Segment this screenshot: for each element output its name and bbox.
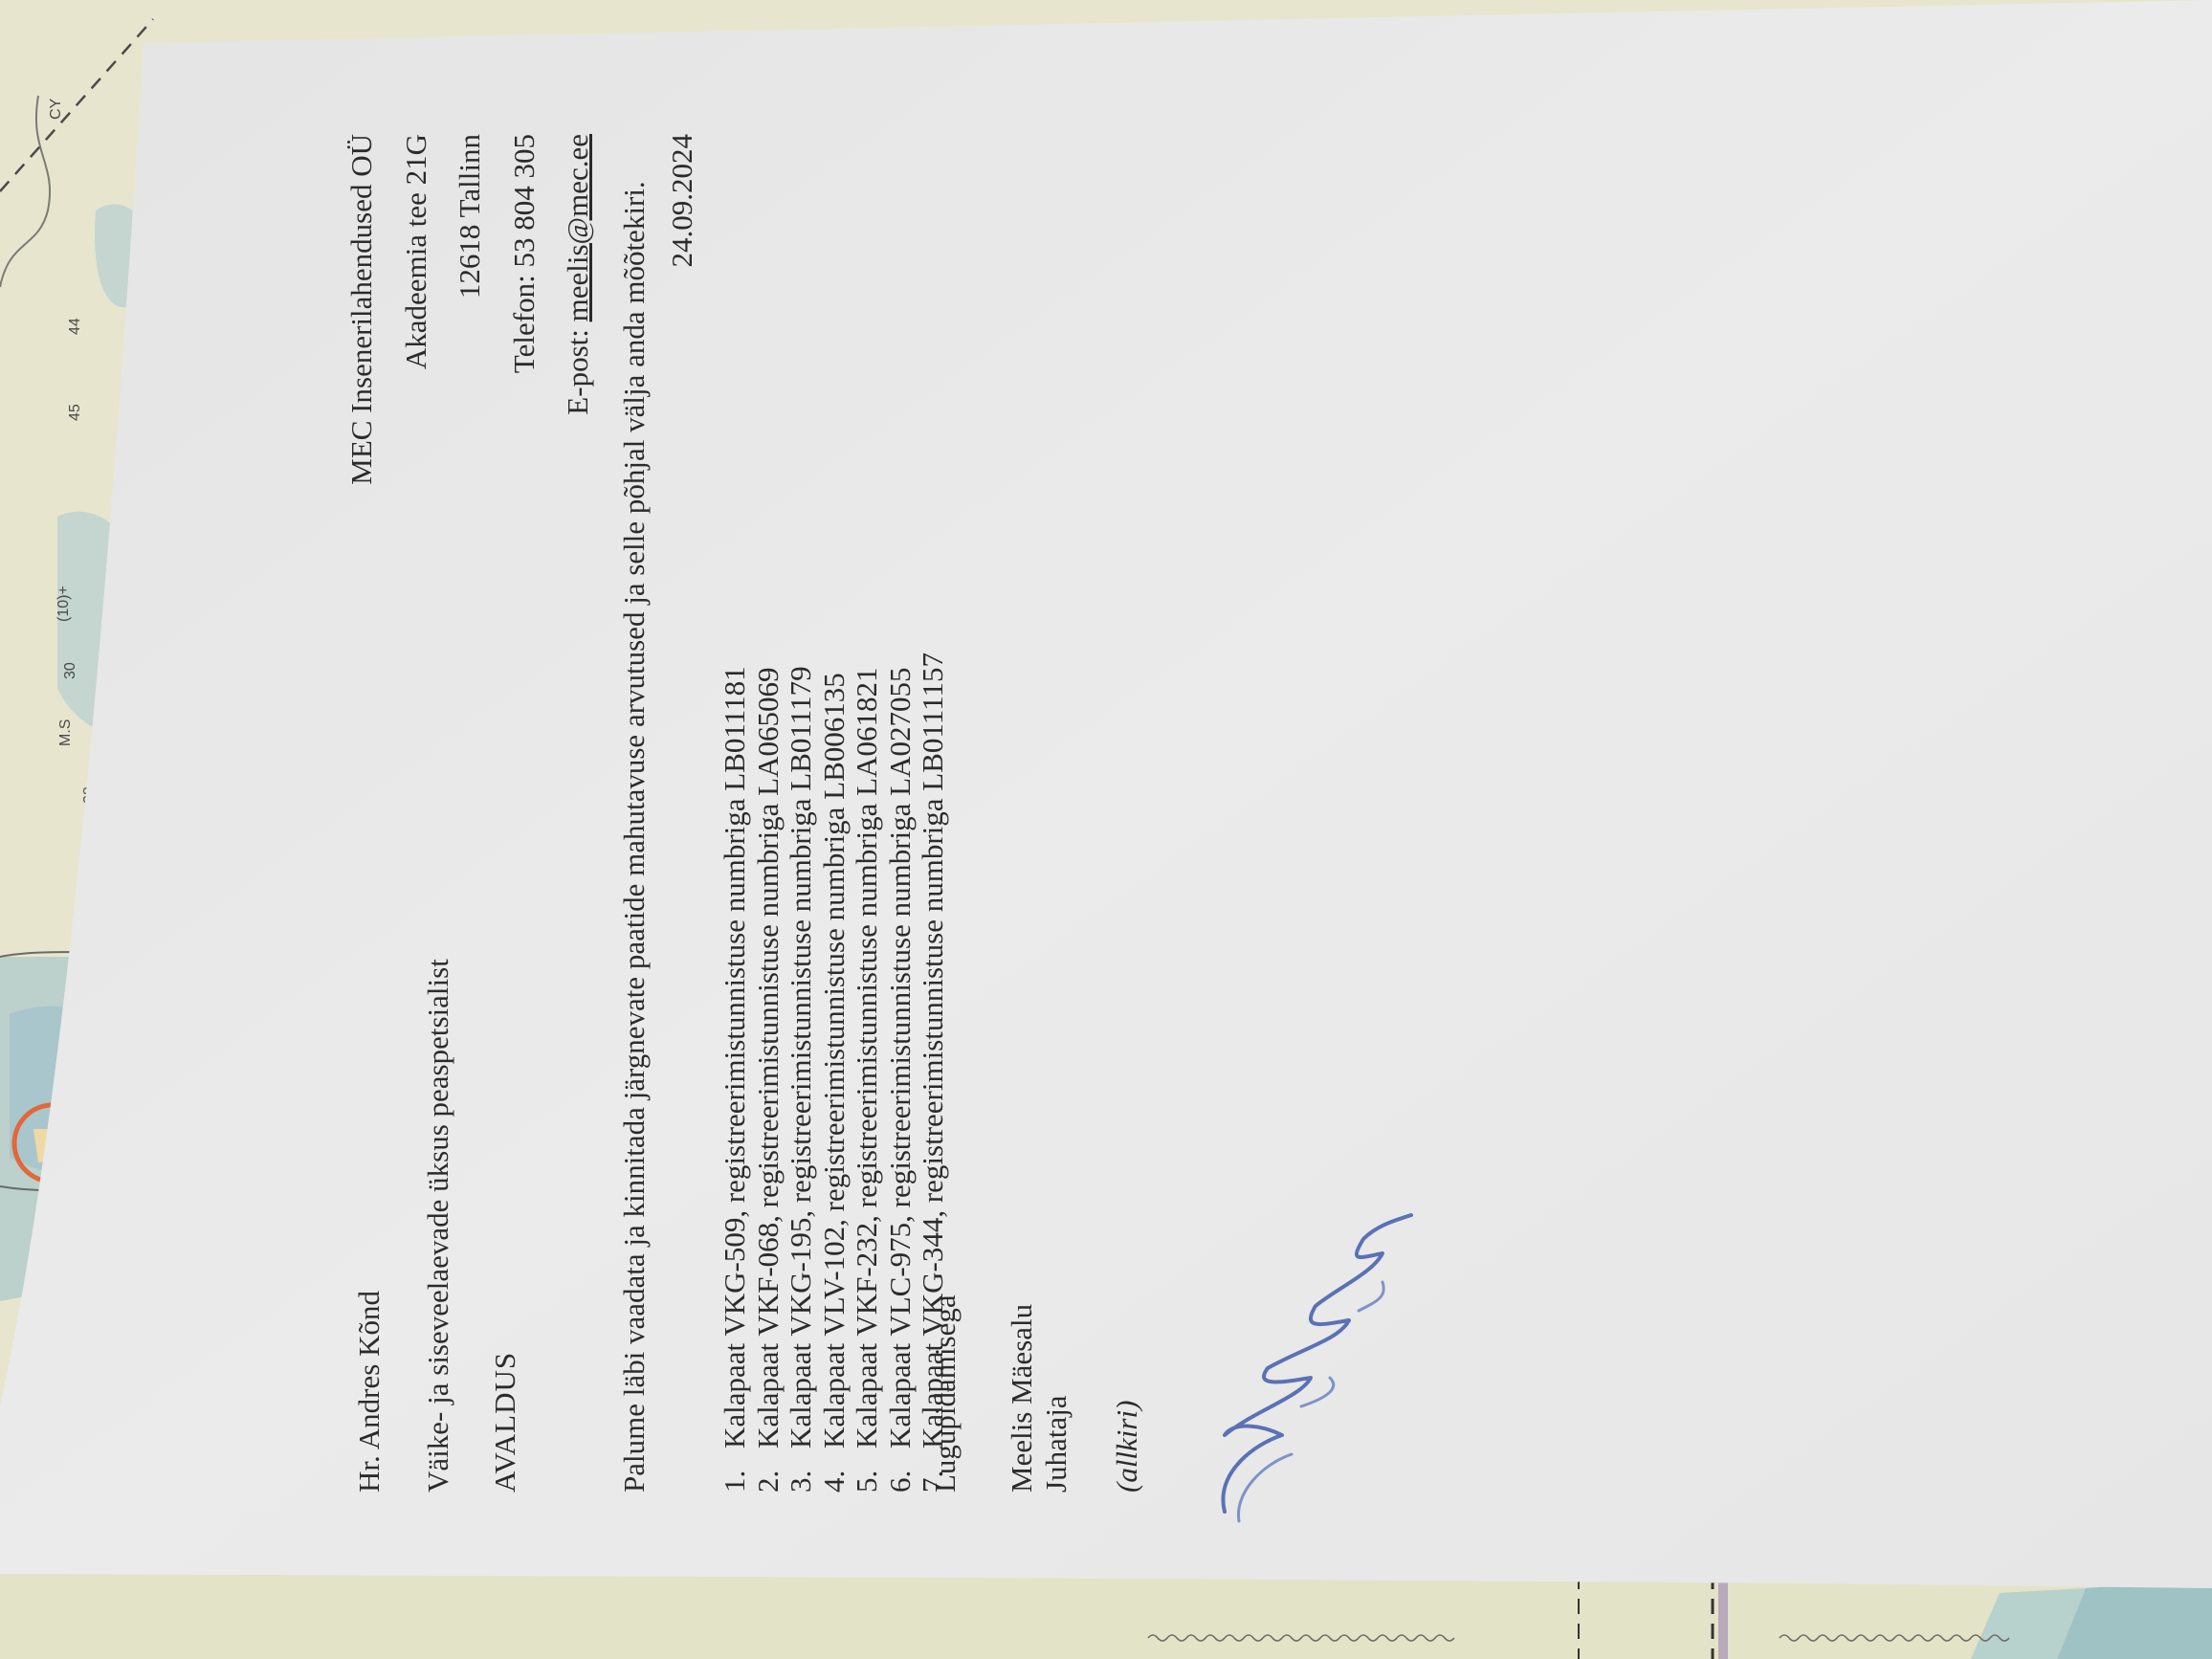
list-item-number: 3. [784,1449,817,1493]
list-item-number: 1. [718,1449,751,1493]
recipient-title: Väike- ja siseveelaevade üksus peaspetsi… [421,959,456,1493]
signer-role: Juhataja [1039,1395,1074,1493]
list-item-number: 6. [883,1449,917,1493]
signer-name: Meelis Mäesalu [1005,1304,1040,1493]
list-item: 3.Kalapaat VKG-195, registreerimistunnis… [784,653,817,1493]
list-item: 2.Kalapaat VKF-068, registreerimistunnis… [751,653,785,1493]
closing-phrase: Lugupidamisega [928,1294,963,1493]
chart-label: 45 [67,404,84,421]
list-item-text: Kalapaat VLV-102, registreerimistunnistu… [817,673,851,1449]
sender-email-line: E-post: meelis@mec.ee [561,134,596,536]
chart-label: (10)+ [55,586,73,622]
chart-label: M.S [57,719,75,746]
document-page: MEC Insenerilahendused OÜ Akadeemia tee … [344,134,1301,1493]
email-label: E-post: [561,321,594,414]
list-item-text: Kalapaat VKF-232, registreerimistunnistu… [850,668,883,1449]
list-item-text: Kalapaat VKF-068, registreerimistunnistu… [751,668,785,1449]
list-item: 1.Kalapaat VKG-509, registreerimistunnis… [718,653,751,1493]
list-item: 5.Kalapaat VKF-232, registreerimistunnis… [850,653,883,1493]
boat-list: 1.Kalapaat VKG-509, registreerimistunnis… [718,653,949,1493]
email-link[interactable]: meelis@mec.ee [561,134,594,321]
list-item-number: 5. [850,1449,883,1493]
body-paragraph: Palume läbi vaadata ja kinnitada järgnev… [617,144,653,1493]
document-date: 24.09.2024 [665,134,700,536]
chart-label: 30 [62,662,79,679]
handwritten-signature [1196,1206,1426,1531]
list-item-text: Kalapaat VKG-509, registreerimistunnistu… [718,666,751,1449]
list-item-text: Kalapaat VLC-975, registreerimistunnistu… [883,668,917,1449]
list-item: 6.Kalapaat VLC-975, registreerimistunnis… [883,653,917,1493]
document-title: AVALDUS [488,1352,523,1493]
list-item: 4.Kalapaat VLV-102, registreerimistunnis… [817,653,851,1493]
signature-label: (allkiri) [1110,1401,1145,1493]
list-item-number: 4. [817,1449,851,1493]
list-item-text: Kalapaat VKG-195, registreerimistunnistu… [784,666,817,1449]
chart-label: CY [48,99,65,120]
chart-label: 44 [67,318,84,335]
recipient-name: Hr. Andres Kõnd [352,1291,387,1493]
sender-block: MEC Insenerilahendused OÜ Akadeemia tee … [344,134,615,536]
sender-city: 12618 Tallinn [453,134,488,536]
sender-phone: Telefon: 53 804 305 [507,134,542,536]
sender-address: Akadeemia tee 21G [399,134,434,536]
list-item-number: 2. [751,1449,785,1493]
sender-company: MEC Insenerilahendused OÜ [344,134,380,536]
